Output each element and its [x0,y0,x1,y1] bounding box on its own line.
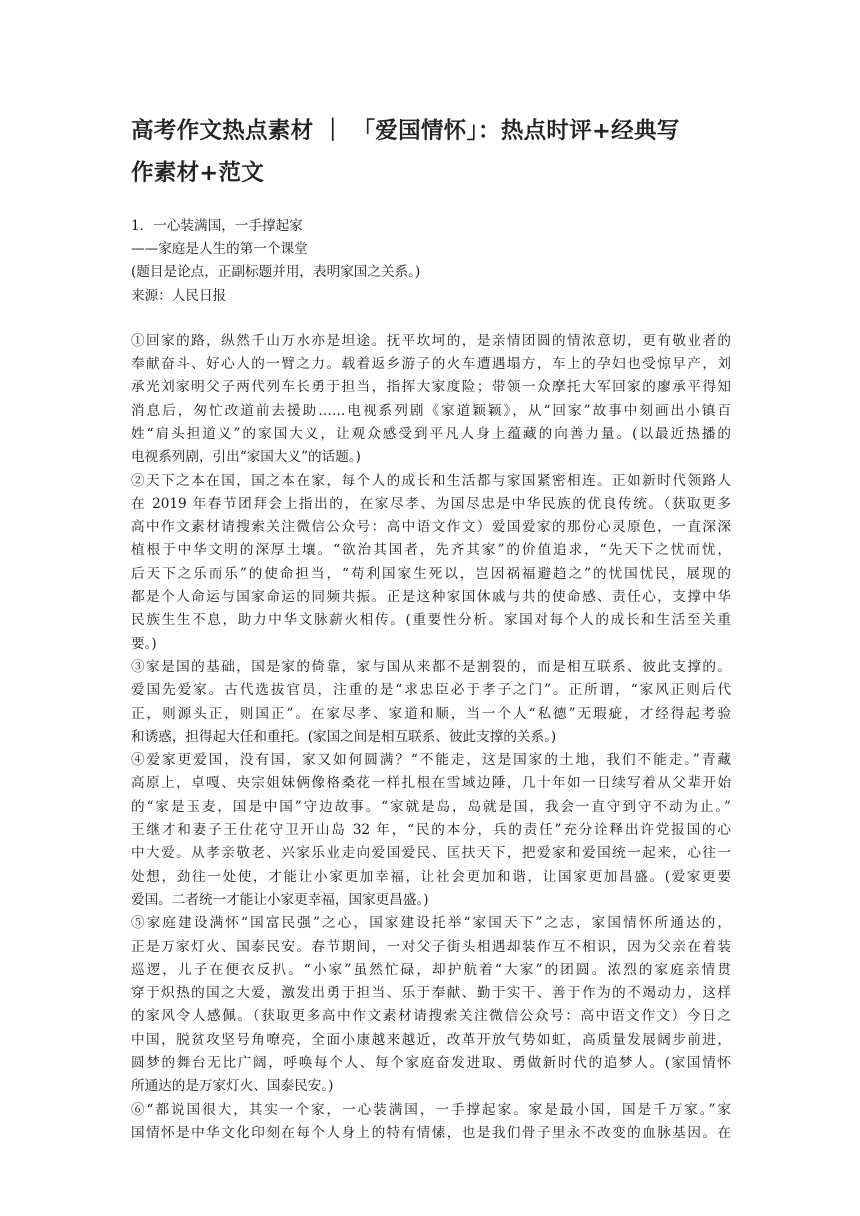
text-line: 圆梦的舞台无比广阔，呼唤每个人、每个家庭奋发进取、勇做新时代的追梦人。(家国情怀 [131,1052,731,1075]
text-line: 电视系列剧，引出“家国大义”的话题。) [131,446,731,469]
text-line: ①回家的路，纵然千山万水亦是坦途。抚平坎坷的，是亲情团圆的情浓意切，更有敬业者的 [131,330,731,353]
section-heading: 1．一心装满国，一手撑起家 [131,215,731,238]
title-line: 高考作文热点素材 ｜ 「爱国情怀」：热点时评+经典写 [131,110,731,152]
text-line: 的“家是玉麦，国是中国”守边故事。“家就是岛，岛就是国，我会一直守到守不动为止。… [131,796,731,819]
text-line: ⑤家庭建设满怀“国富民强”之心，国家建设托举“家国天下”之志，家国情怀所通达的， [131,912,731,935]
title-line: 作素材+范文 [131,152,731,194]
text-line: ③家是国的基础，国是家的倚靠，家与国从来都不是割裂的，而是相互联系、彼此支撑的。 [131,656,731,679]
text-line: ②天下之本在国，国之本在家，每个人的成长和生活都与家国紧密相连。正如新时代领路人 [131,470,731,493]
text-line: 处想，劲往一处使，才能让小家更加幸福，让社会更加和谐，让国家更加昌盛。(爱家更要 [131,866,731,889]
text-line: 奉献奋斗、好心人的一臂之力。载着返乡游子的火车遭遇塌方，车上的孕妇也受惊早产，刘 [131,353,731,376]
text-line: 国情怀是中华文化印刻在每个人身上的特有情愫，也是我们骨子里永不改变的血脉基因。在 [131,1122,731,1145]
text-line: 植根于中华文明的深厚土壤。“欲治其国者，先齐其家”的价值追求，“先天下之忧而忧， [131,539,731,562]
text-line: 的家风令人感佩。（获取更多高中作文素材请搜索关注微信公众号：高中语文作文）今日之 [131,1005,731,1028]
text-line: 高原上，卓嘎、央宗姐妹俩像格桑花一样扎根在雪域边陲，几十年如一日续写着从父辈开始 [131,772,731,795]
text-line: 民族生生不息，助力中华文脉薪火相传。(重要性分析。家国对每个人的成长和生活至关重 [131,609,731,632]
text-line: 和诱惑，担得起大任和重托。(家国之间是相互联系、彼此支撑的关系。) [131,726,731,749]
paragraph-5: ⑤家庭建设满怀“国富民强”之心，国家建设托举“家国天下”之志，家国情怀所通达的，… [131,912,731,1098]
text-line: 高中作文素材请搜索关注微信公众号：高中语文作文）爱国爱家的那份心灵原色，一直深深 [131,516,731,539]
text-line: 后天下之乐而乐”的使命担当，“苟利国家生死以，岂因祸福避趋之”的忧国忧民，展现的 [131,563,731,586]
source-line: 来源：人民日报 [131,285,731,308]
section-note: (题目是论点，正副标题并用，表明家国之关系。) [131,261,731,284]
text-line: 消息后，匆忙改道前去援助……电视系列剧《家道颖颖》，从“回家”故事中刻画出小镇百 [131,400,731,423]
text-line: 正，则源头正，则国正”。在家尽孝、家道和顺，当一个人“私德”无瑕疵，才经得起考验 [131,703,731,726]
text-line: 在 2019 年春节团拜会上指出的，在家尽孝、为国尽忠是中华民族的优良传统。（获… [131,493,731,516]
text-line: 中国，脱贫攻坚号角嘹亮，全面小康越来越近，改革开放气势如虹，高质量发展阔步前进， [131,1029,731,1052]
text-line: 承光刘家明父子两代列车长勇于担当，指挥大家度险；带领一众摩托大军回家的廖承平得知 [131,376,731,399]
paragraph-4: ④爱家更爱国，没有国，家又如何圆满？“不能走，这是国家的土地，我们不能走。”青藏… [131,749,731,912]
text-line: 巡逻，儿子在便衣反扒。“小家”虽然忙碌，却护航着“大家”的团圆。浓烈的家庭亲情贯 [131,959,731,982]
document-title: 高考作文热点素材 ｜ 「爱国情怀」：热点时评+经典写 作素材+范文 [131,110,731,194]
text-line: 正是万家灯火、国泰民安。春节期间，一对父子街头相遇却装作互不相识，因为父亲在着装 [131,936,731,959]
paragraph-3: ③家是国的基础，国是家的倚靠，家与国从来都不是割裂的，而是相互联系、彼此支撑的。… [131,656,731,749]
section-header: 1．一心装满国，一手撑起家 ——家庭是人生的第一个课堂 (题目是论点，正副标题并… [131,215,731,308]
text-line: 王继才和妻子王仕花守卫开山岛 32 年，“民的本分，兵的责任”充分诠释出许党报国… [131,819,731,842]
paragraph-1: ①回家的路，纵然千山万水亦是坦途。抚平坎坷的，是亲情团圆的情浓意切，更有敬业者的… [131,330,731,470]
section-subheading: ——家庭是人生的第一个课堂 [131,238,731,261]
paragraph-6: ⑥“都说国很大，其实一个家，一心装满国，一手撑起家。家是最小国，国是千万家。”家… [131,1099,731,1146]
document-page: 高考作文热点素材 ｜ 「爱国情怀」：热点时评+经典写 作素材+范文 1．一心装满… [131,110,731,1145]
paragraph-2: ②天下之本在国，国之本在家，每个人的成长和生活都与家国紧密相连。正如新时代领路人… [131,470,731,656]
text-line: ④爱家更爱国，没有国，家又如何圆满？“不能走，这是国家的土地，我们不能走。”青藏 [131,749,731,772]
text-line: 要。) [131,633,731,656]
text-line: 爱国。二者统一才能让小家更幸福，国家更昌盛。) [131,889,731,912]
text-line: 爱国先爱家。古代选拔官员，注重的是“求忠臣必于孝子之门”。正所谓，“家风正则后代 [131,679,731,702]
text-line: 穿于炽热的国之大爱，激发出勇于担当、乐于奉献、勤于实干、善于作为的不竭动力，这样 [131,982,731,1005]
text-line: 姓“肩头担道义”的家国大义，让观众感受到平凡人身上蕴藏的向善力量。(以最近热播的 [131,423,731,446]
text-line: 都是个人命运与国家命运的同频共振。正是这种家国休戚与共的使命感、责任心，支撑中华 [131,586,731,609]
text-line: ⑥“都说国很大，其实一个家，一心装满国，一手撑起家。家是最小国，国是千万家。”家 [131,1099,731,1122]
text-line: 所通达的是万家灯火、国泰民安。) [131,1075,731,1098]
text-line: 中大爱。从孝亲敬老、兴家乐业走向爱国爱民、匡扶天下，把爱家和爱国统一起来，心往一 [131,842,731,865]
article-body: ①回家的路，纵然千山万水亦是坦途。抚平坎坷的，是亲情团圆的情浓意切，更有敬业者的… [131,330,731,1145]
